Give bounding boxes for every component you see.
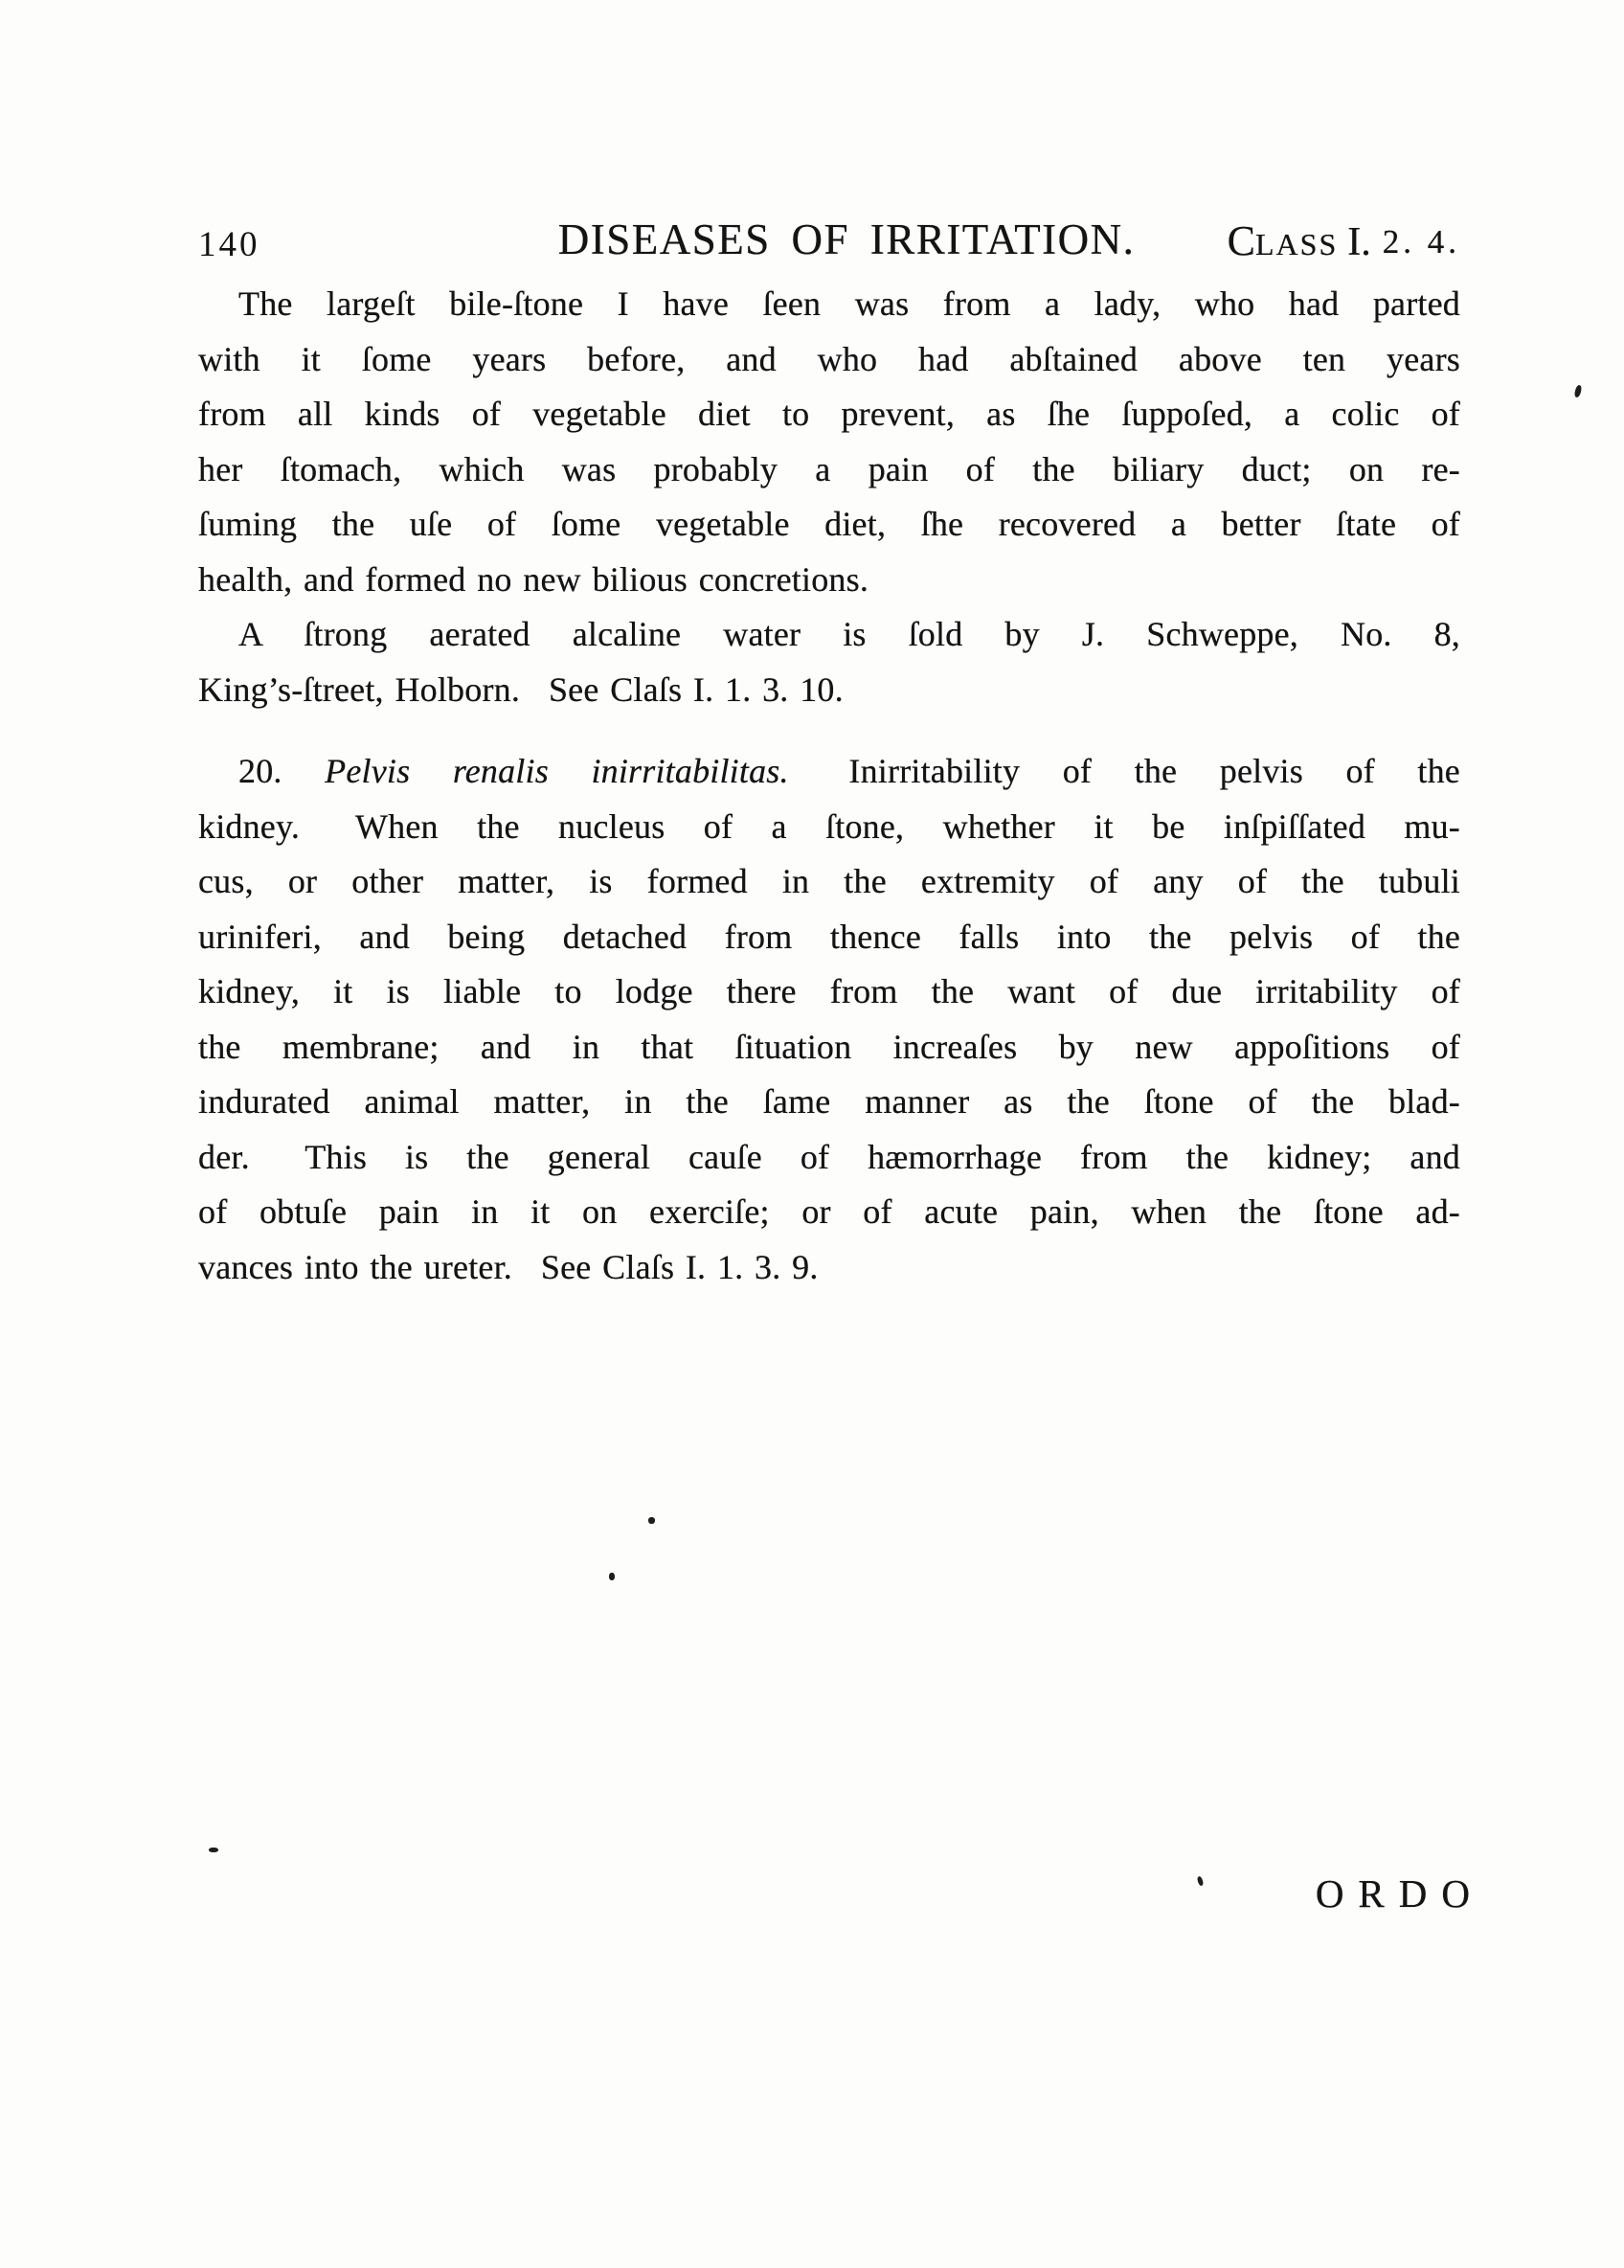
ink-speck [648,1517,655,1524]
text-line: King’s-ſtreet, Holborn. See Claſs I. 1. … [198,663,1460,718]
paragraph-aerated-water: A ſtrong aerated alcaline water is ſold … [198,607,1460,717]
text-line: The largeſt bile-ſtone I have ſeen was f… [198,277,1460,332]
section-heading-rest: Inirritability of the pelvis of the [789,752,1460,790]
section-latin-title: Pelvis renalis inirritabilitas. [325,752,789,790]
class-reference-smallcaps: LASS [1255,227,1338,261]
text-line: health, and formed no new bilious concre… [198,553,1460,608]
text-line: her ſtomach, which was probably a pain o… [198,442,1460,498]
text-line: vances into the ureter. See Claſs I. 1. … [198,1240,1460,1296]
text-line: A ſtrong aerated alcaline water is ſold … [198,607,1460,663]
text-line: ſuming the uſe of ſome vegetable diet, ſ… [198,497,1460,553]
text-block: The largeſt bile-ſtone I have ſeen was f… [198,277,1460,1295]
running-title: DISEASES OF IRRITATION. [558,215,1136,264]
text-line: kidney. When the nucleus of a ſtone, whe… [198,800,1460,855]
text-line: indurated animal matter, in the ſame man… [198,1075,1460,1130]
ink-speck [609,1573,615,1580]
class-reference-numeral: I. [1347,220,1371,264]
paragraph-bile-stone: The largeſt bile-ſtone I have ſeen was f… [198,277,1460,607]
text-line: kidney, it is liable to lodge there from… [198,964,1460,1020]
text-line-section-heading: 20. Pelvis renalis inirritabilitas. Inir… [198,744,1460,800]
ink-speck [209,1848,218,1852]
paragraph-section-20: 20. Pelvis renalis inirritabilitas. Inir… [198,744,1460,1295]
text-line: from all kinds of vegetable diet to prev… [198,387,1460,442]
ink-speck [1574,384,1583,397]
ink-speck [1197,1875,1205,1886]
text-line: cus, or other matter, is formed in the e… [198,854,1460,910]
text-line: with it ſome years before, and who had a… [198,332,1460,388]
page-number: 140 [198,224,260,265]
text-line: of obtuſe pain in it on exerciſe; or of … [198,1185,1460,1240]
catchword: ORDO [1316,1871,1484,1916]
class-reference-section: 2. 4. [1383,223,1460,261]
section-number: 20. [238,752,325,790]
text-line: the membrane; and in that ſituation incr… [198,1020,1460,1076]
class-reference: CLASSI.2. 4. [1228,216,1460,265]
text-line: uriniferi, and being detached from thenc… [198,910,1460,965]
class-reference-initial: C [1228,217,1255,264]
page-header: 140 DISEASES OF IRRITATION. CLASSI.2. 4. [198,215,1460,264]
book-page-scan: 140 DISEASES OF IRRITATION. CLASSI.2. 4.… [0,0,1624,2268]
text-line: der. This is the general cauſe of hæmorr… [198,1130,1460,1186]
